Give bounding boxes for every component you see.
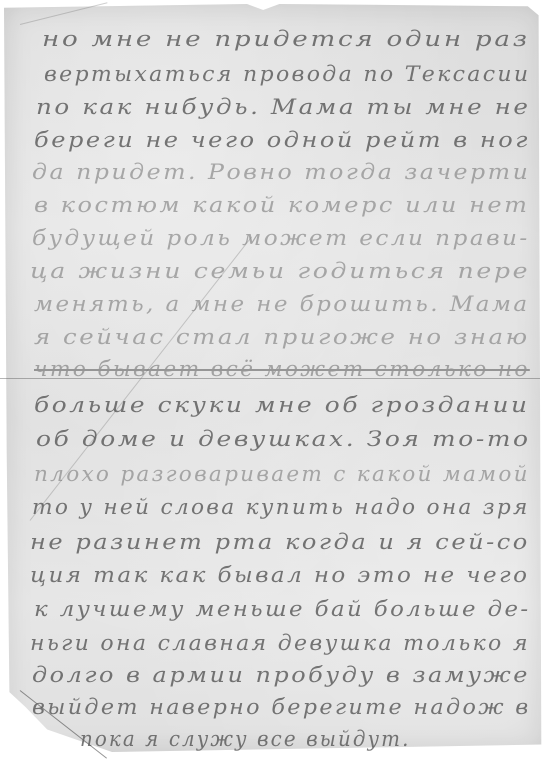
text-line: но мне не придется один раз xyxy=(42,27,530,51)
text-line: ца жизни семьи годиться пере xyxy=(30,259,530,283)
text-line: плохо разговаривает с какой мамой xyxy=(34,462,530,486)
text-line: менять, а мне не брошить. Мама xyxy=(34,292,530,316)
handwritten-text-block: но мне не придется один раз вертыхаться … xyxy=(0,0,552,760)
text-line: вертыхаться провода по Тексасии xyxy=(44,62,530,86)
text-line: ция так как бывал но это не чего xyxy=(30,563,529,587)
text-line: то у ней слова купить надо она зря xyxy=(32,495,530,519)
text-line: будущей роль может если прави- xyxy=(32,226,530,250)
text-line: долго в армии пробуду в замуже xyxy=(32,663,530,687)
text-line: ньги она славная девушка только я xyxy=(30,631,530,655)
text-line: в костюм какой комерс или нет xyxy=(34,193,529,217)
text-line: об доме и девушках. Зоя то-то xyxy=(36,427,531,451)
text-line: береги не чего одной рейт в ног xyxy=(34,128,530,152)
text-line: к лучшему меньше бай больше де- xyxy=(34,597,531,621)
text-line: выйдет наверно берегите надож в xyxy=(32,695,531,719)
closing-line: пока я служу все выйдут. xyxy=(80,727,410,751)
text-line: я сейчас стал пригоже но знаю xyxy=(34,325,530,349)
struck-text-line: что бывает всё может столько но xyxy=(34,357,530,381)
text-line: больше скуки мне об гроздании xyxy=(34,393,530,417)
text-line: по как нибудь. Мама ты мне не xyxy=(36,95,531,119)
text-line: не разинет рта когда и я сей-со xyxy=(30,530,530,554)
text-line: да придет. Ровно тогда зачерти xyxy=(32,160,530,184)
